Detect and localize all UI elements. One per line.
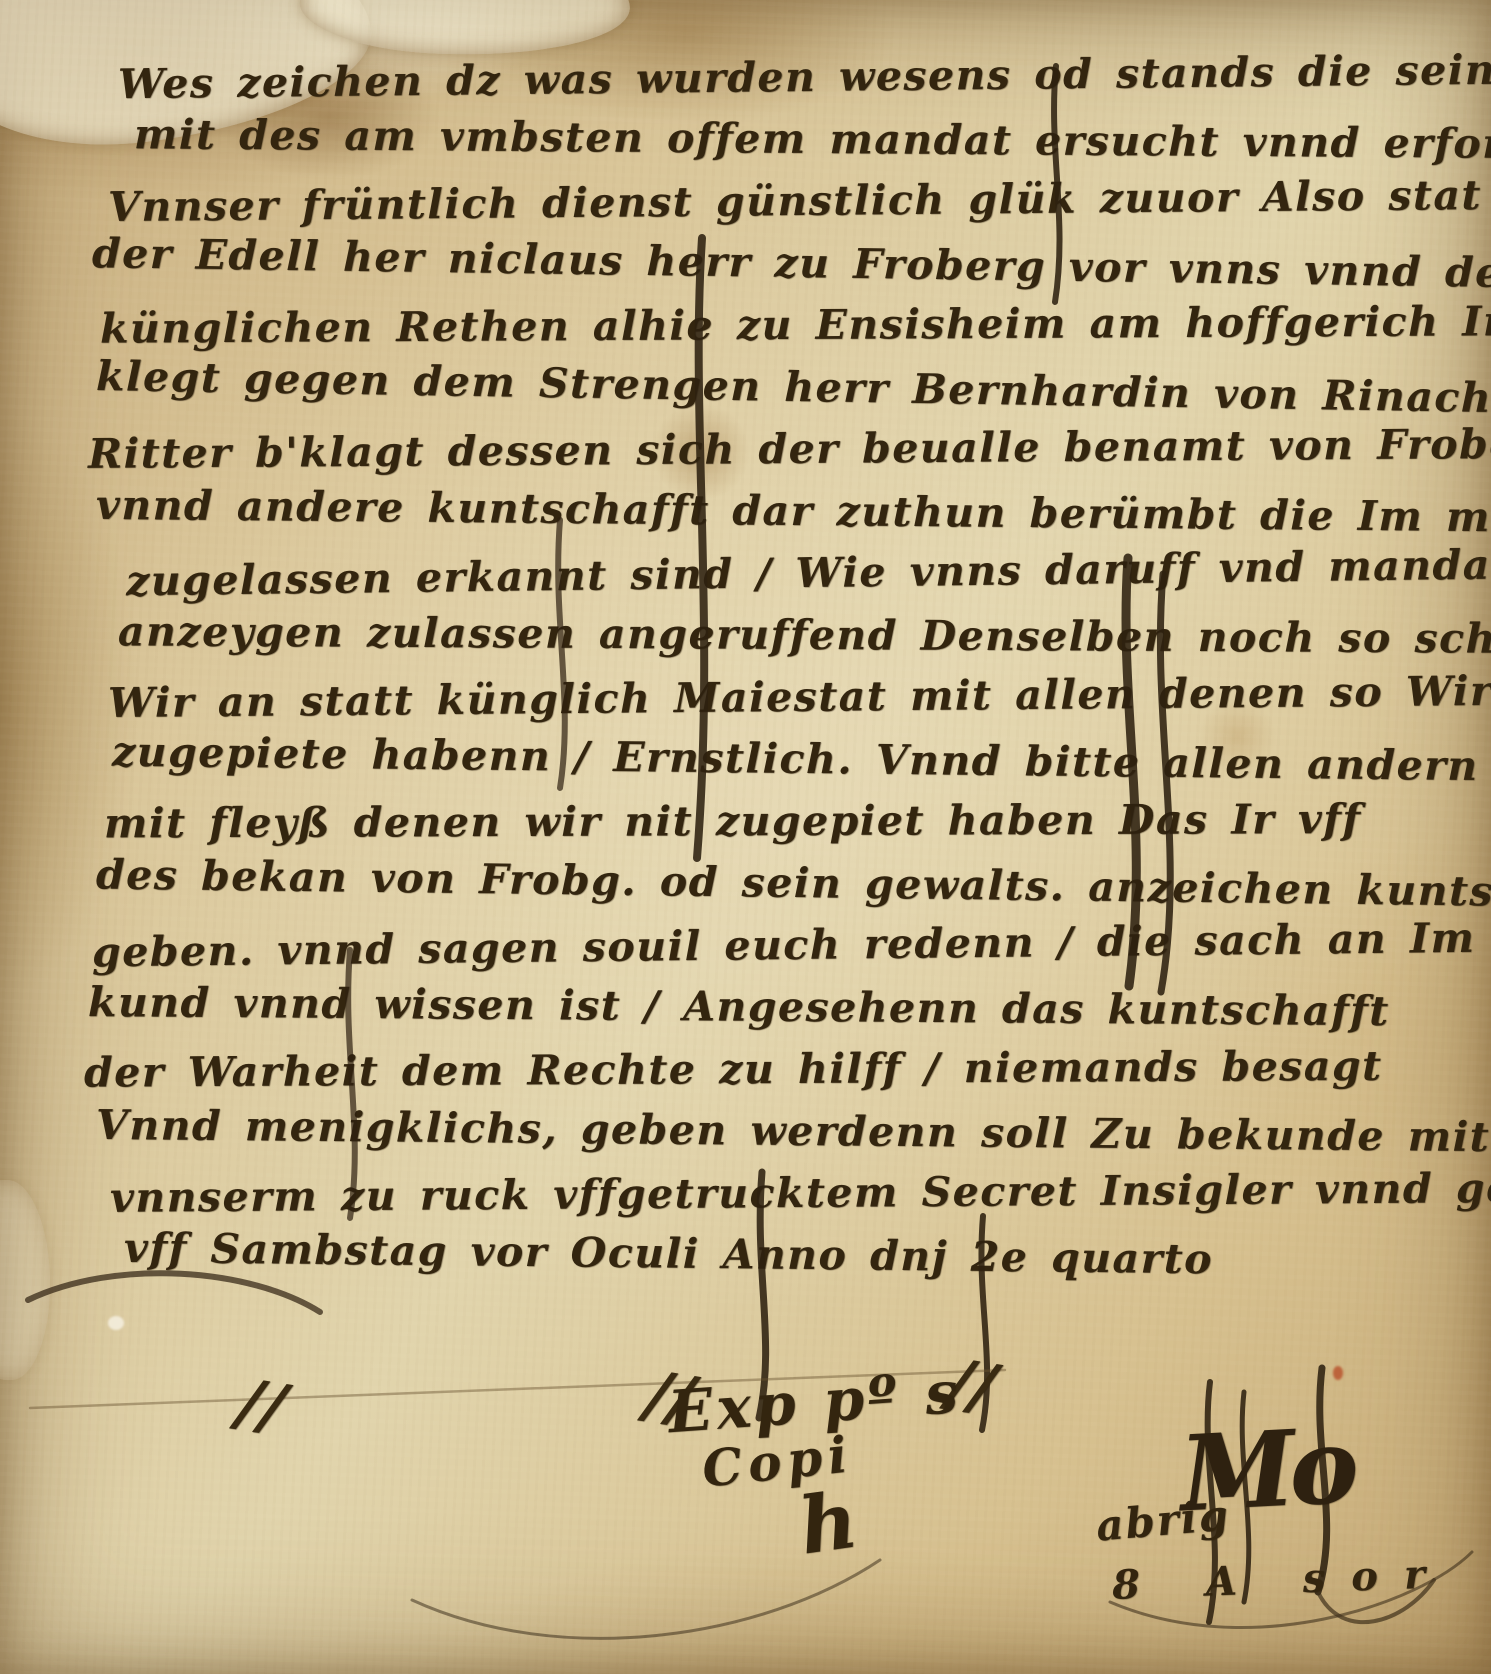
rust-fleck [1333, 1366, 1343, 1380]
manuscript-line-13: mit fleyß denen wir nit zugepiet haben D… [104, 788, 1491, 855]
manuscript-line-16: kund vnnd wissen ist / Angesehenn das ku… [88, 971, 1491, 1043]
chancery-note-flourish: h [794, 1474, 863, 1572]
manuscript-page: Wes zeichen dz was wurden wesens od stan… [0, 0, 1491, 1674]
manuscript-line-2: mit des am vmbsten offem mandat ersucht … [134, 103, 1491, 174]
notary-monogram: Mo [1177, 1404, 1356, 1536]
text-layer: Wes zeichen dz was wurden wesens od stan… [0, 46, 1491, 1286]
notary-under-text: 8 A sor [1111, 1550, 1451, 1609]
paraph-mark-1: // [232, 1365, 290, 1446]
manuscript-line-7: Ritter b'klagt dessen sich der beualle b… [88, 413, 1491, 485]
manuscript-line-17: der Warheit dem Rechte zu hilff / nieman… [84, 1034, 1491, 1103]
manuscript-line-10: anzeygen zulassen angeruffend Denselben … [118, 600, 1491, 669]
manuscript-line-20: vff Sambstag vor Oculi Anno dnj 2e quart… [124, 1217, 1491, 1293]
manuscript-line-18: Vnnd menigklichs, geben werdenn soll Zu … [96, 1094, 1491, 1168]
manuscript-line-12: zugepiete habenn / Ernstlich. Vnnd bitte… [112, 721, 1491, 797]
white-fleck [108, 1316, 124, 1330]
